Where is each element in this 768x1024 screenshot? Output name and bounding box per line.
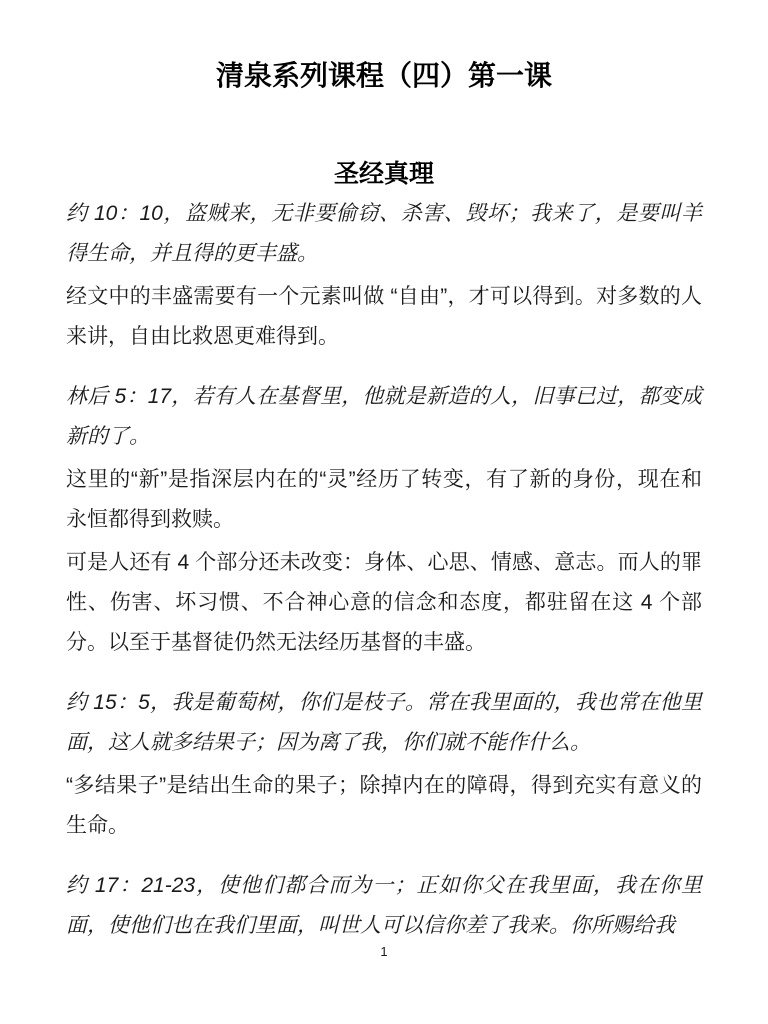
scripture-quote: 约 10：10，盗贼来，无非要偷窃、杀害、毁坏；我来了，是要叫羊得生命，并且得的… <box>66 194 702 274</box>
commentary-paragraph: 这里的“新”是指深层内在的“灵”经历了转变，有了新的身份，现在和永恒都得到救赎。 <box>66 460 702 540</box>
scripture-quote: 约 17：21-23，使他们都合而为一；正如你父在我里面，我在你里面，使他们也在… <box>66 866 702 946</box>
scripture-quote: 约 15：5，我是葡萄树，你们是枝子。常在我里面的，我也常在他里面，这人就多结果… <box>66 683 702 763</box>
page-number: 1 <box>0 944 768 960</box>
commentary-paragraph: 可是人还有 4 个部分还未改变：身体、心思、情感、意志。而人的罪性、伤害、坏习惯… <box>66 543 702 663</box>
document-body: 约 10：10，盗贼来，无非要偷窃、杀害、毁坏；我来了，是要叫羊得生命，并且得的… <box>66 194 702 946</box>
commentary-paragraph: 经文中的丰盛需要有一个元素叫做 “自由”，才可以得到。对多数的人来讲，自由比救恩… <box>66 277 702 357</box>
commentary-paragraph: “多结果子”是结出生命的果子；除掉内在的障碍，得到充实有意义的生命。 <box>66 766 702 846</box>
document-title: 清泉系列课程（四）第一课 <box>66 58 702 94</box>
scripture-quote: 林后 5：17，若有人在基督里，他就是新造的人，旧事已过，都变成新的了。 <box>66 377 702 457</box>
document-page: 清泉系列课程（四）第一课 圣经真理 约 10：10，盗贼来，无非要偷窃、杀害、毁… <box>0 0 768 1024</box>
section-heading: 圣经真理 <box>66 158 702 190</box>
